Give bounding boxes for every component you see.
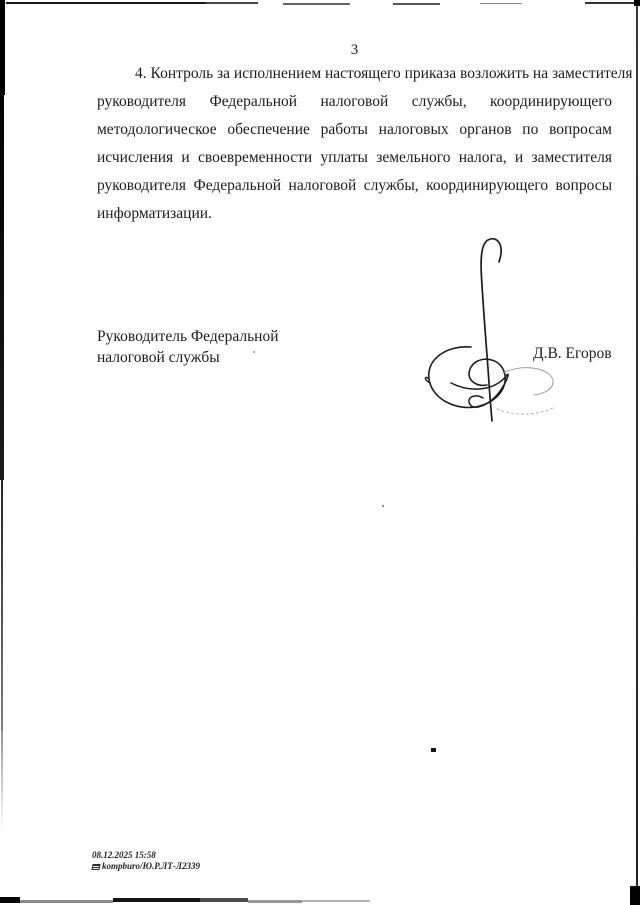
page-number: 3 [97, 42, 612, 59]
scan-edge-bottom [20, 900, 113, 903]
order-paragraph: 4. Контроль за исполнением настоящего пр… [97, 60, 612, 228]
stamp-icon [91, 864, 100, 870]
signer-title: Руководитель Федеральной налоговой служб… [97, 326, 279, 368]
scan-edge-bottom [113, 898, 200, 902]
scan-edge-bottom [248, 900, 302, 903]
signature-scribble [413, 233, 623, 433]
paragraph-line: методологическое обеспечение работы нало… [97, 116, 612, 144]
footer-doc-code: kompburo/Ю.Р.ЛТ-Л2339 [102, 861, 200, 872]
scan-edge-top [393, 3, 440, 5]
scan-edge-left [0, 0, 5, 95]
signer-title-line1: Руководитель Федеральной [97, 326, 279, 347]
paragraph-line: руководителя Федеральной налоговой служб… [97, 172, 612, 200]
paragraph-line: руководителя Федеральной налоговой служб… [97, 88, 612, 116]
scan-edge-right [630, 886, 640, 905]
paragraph-line: информатизации. [97, 200, 612, 228]
scan-edge-left [1, 730, 3, 830]
scan-edge-right [636, 6, 638, 886]
scan-edge-bottom [200, 898, 248, 902]
scan-speck [253, 351, 255, 353]
scan-edge-top [206, 2, 258, 4]
footer-stamp: 08.12.2025 15:58 kompburo/Ю.Р.ЛТ-Л2339 [92, 850, 200, 872]
paragraph-line: исчисления и своевременности уплаты земе… [97, 144, 612, 172]
scanned-document-page: 3 4. Контроль за исполнением настоящего … [0, 0, 640, 905]
scan-edge-bottom [302, 900, 370, 902]
scan-edge-top [6, 2, 206, 4]
scan-edge-top [585, 2, 634, 4]
scan-speck [382, 505, 384, 507]
paragraph-line: 4. Контроль за исполнением настоящего пр… [97, 60, 612, 88]
signer-name: Д.В. Егоров [533, 345, 612, 363]
signer-title-line2: налоговой службы [97, 347, 279, 368]
footer-timestamp: 08.12.2025 15:58 [92, 850, 200, 861]
scan-edge-top [283, 3, 350, 5]
scan-edge-left [1, 480, 3, 730]
scan-speck [431, 748, 436, 752]
scan-edge-bottom [0, 897, 20, 903]
scan-edge-left [0, 95, 4, 480]
scan-edge-top [480, 3, 522, 4]
